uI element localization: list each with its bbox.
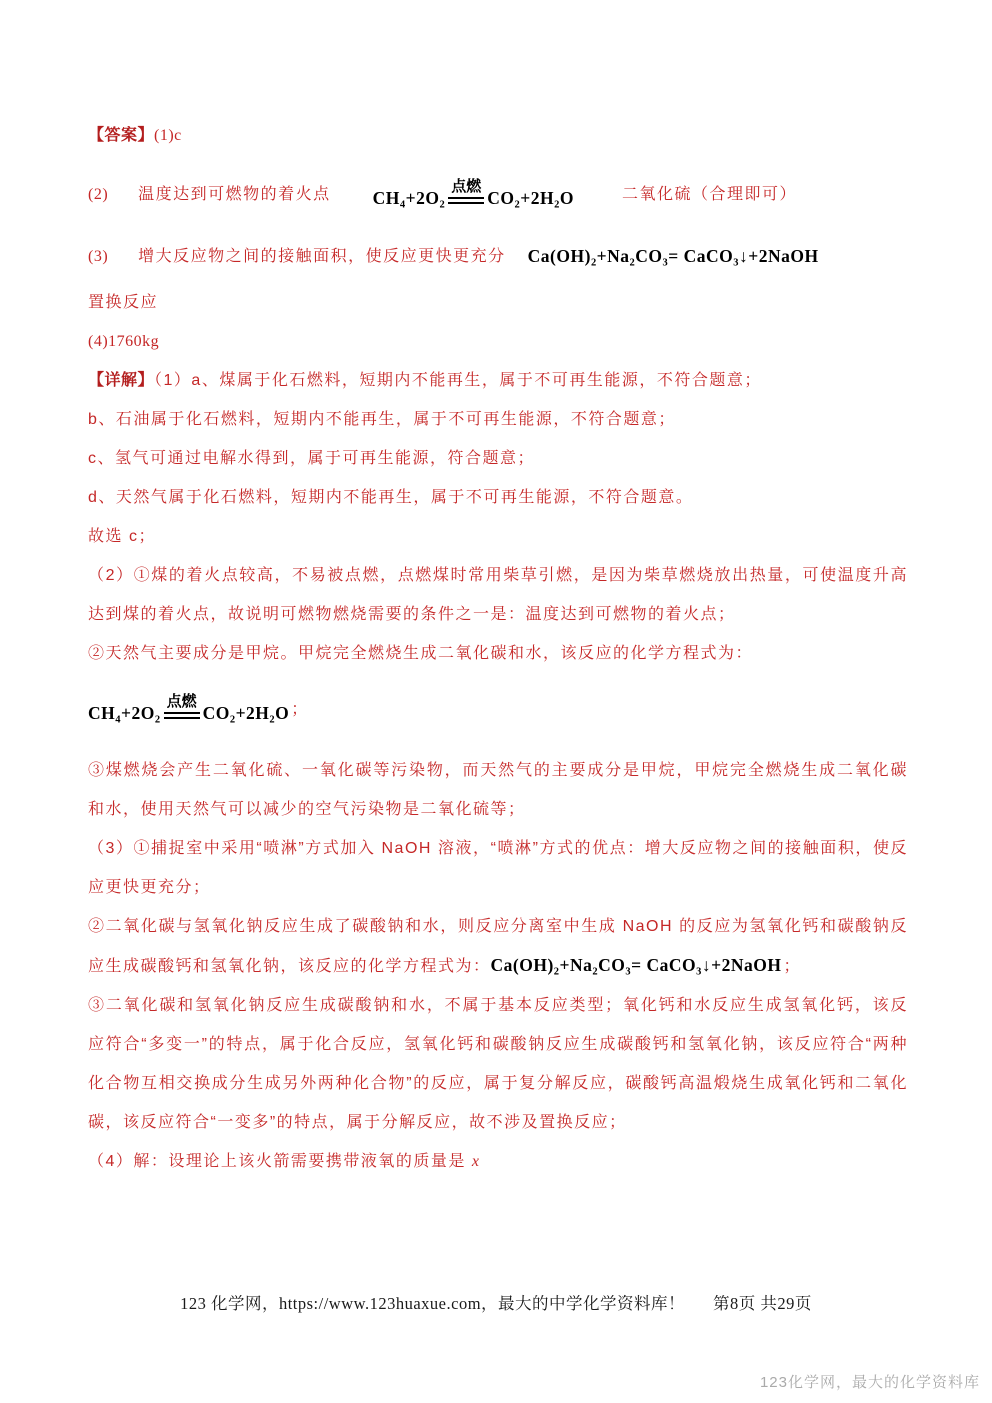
document-page: 【答案】(1)c (2) 温度达到可燃物的着火点 CH₄+2O₂ 点燃 CO₂+… <box>88 116 908 1181</box>
analysis-section-label: 【详解】 <box>88 372 154 389</box>
equation-right-side: CO₂+2H₂O <box>203 703 290 723</box>
equation-caoh2-na2co3: Ca(OH)₂+Na₂CO₃= CaCO₃↓+2NaOH <box>528 237 819 276</box>
watermark-text: 123化学网，最大的化学资料库 <box>760 1371 980 1392</box>
answer-item-3-text: 增大反应物之间的接触面积，使反应更快更充分 <box>138 237 506 276</box>
analysis-p13-text: （4）解：设理论上该火箭需要携带液氧的质量是 <box>88 1153 472 1170</box>
unknown-variable-x: x <box>472 1153 480 1170</box>
equation-trailing-semicolon: ； <box>783 958 801 975</box>
answer-line-2: (2) 温度达到可燃物的着火点 CH₄+2O₂ 点燃 CO₂+2H₂O 二氧化硫… <box>88 163 908 225</box>
analysis-paragraph-3: c、氢气可通过电解水得到，属于可再生能源，符合题意； <box>88 439 908 478</box>
analysis-paragraph-1: 【详解】（1）a、煤属于化石燃料，短期内不能再生，属于不可再生能源，不符合题意； <box>88 361 908 400</box>
equation-methane-combustion-2: CH₄+2O₂ 点燃 CO₂+2H₂O <box>88 695 289 723</box>
analysis-paragraph-4: d、天然气属于化石燃料，短期内不能再生，属于不可再生能源，不符合题意。 <box>88 478 908 517</box>
equation-right-side: CO₂+2H₂O <box>487 188 574 208</box>
page-footer: 123 化学网，https://www.123huaxue.com，最大的中学化… <box>0 1290 992 1314</box>
answer-item-1: (1)c <box>154 127 182 144</box>
analysis-paragraph-5: 故选 c； <box>88 517 908 556</box>
answer-section-label: 【答案】 <box>88 127 154 144</box>
answer-item-2-tail: 二氧化硫（合理即可） <box>622 175 797 214</box>
footer-site-info: 123 化学网，https://www.123huaxue.com，最大的中学化… <box>180 1294 685 1313</box>
analysis-p1-text: （1）a、煤属于化石燃料，短期内不能再生，属于不可再生能源，不符合题意； <box>154 372 762 389</box>
equation-trailing-semicolon: ； <box>291 690 309 729</box>
answer-item-3-number: (3) <box>88 237 108 276</box>
analysis-paragraph-10: （3）①捕捉室中采用“喷淋”方式加入 NaOH 溶液，“喷淋”方式的优点：增大反… <box>88 829 908 907</box>
equation-line-methane: CH₄+2O₂ 点燃 CO₂+2H₂O ； <box>88 683 908 735</box>
equation-caoh2-na2co3-inline: Ca(OH)₂+Na₂CO₃= CaCO₃↓+2NaOH <box>491 955 782 975</box>
ignition-condition-label: 点燃 <box>451 180 481 196</box>
analysis-paragraph-2: b、石油属于化石燃料，短期内不能再生，属于不可再生能源，不符合题意； <box>88 400 908 439</box>
answer-line-1: 【答案】(1)c <box>88 116 908 155</box>
equation-condition-block: 点燃 <box>448 180 484 204</box>
double-bond-line <box>448 197 484 204</box>
answer-item-4: (4)1760kg <box>88 322 908 361</box>
ignition-condition-label: 点燃 <box>167 695 197 711</box>
answer-item-2-number: (2) <box>88 175 108 214</box>
analysis-paragraph-9: ③煤燃烧会产生二氧化硫、一氧化碳等污染物，而天然气的主要成分是甲烷，甲烷完全燃烧… <box>88 751 908 829</box>
equation-left-side: CH₄+2O₂ <box>88 703 161 723</box>
analysis-paragraph-12: ③二氧化碳和氢氧化钠反应生成碳酸钠和水，不属于基本反应类型；氧化钙和水反应生成氢… <box>88 986 908 1142</box>
analysis-paragraph-13: （4）解：设理论上该火箭需要携带液氧的质量是 x <box>88 1142 908 1181</box>
double-bond-line <box>164 712 200 719</box>
equation-methane-combustion: CH₄+2O₂ 点燃 CO₂+2H₂O <box>373 180 574 208</box>
equation-condition-block: 点燃 <box>164 695 200 719</box>
answer-item-3-continued: 置换反应 <box>88 283 908 322</box>
analysis-paragraph-6: （2）①煤的着火点较高，不易被点燃，点燃煤时常用柴草引燃，是因为柴草燃烧放出热量… <box>88 556 908 634</box>
analysis-paragraph-11: ②二氧化碳与氢氧化钠反应生成了碳酸钠和水，则反应分离室中生成 NaOH 的反应为… <box>88 907 908 986</box>
answer-item-2-text: 温度达到可燃物的着火点 <box>138 175 331 214</box>
footer-page-number: 第8页 共29页 <box>713 1294 812 1313</box>
analysis-paragraph-7: ②天然气主要成分是甲烷。甲烷完全燃烧生成二氧化碳和水，该反应的化学方程式为： <box>88 634 908 673</box>
answer-line-3: (3) 增大反应物之间的接触面积，使反应更快更充分 Ca(OH)₂+Na₂CO₃… <box>88 235 908 277</box>
equation-left-side: CH₄+2O₂ <box>373 188 446 208</box>
